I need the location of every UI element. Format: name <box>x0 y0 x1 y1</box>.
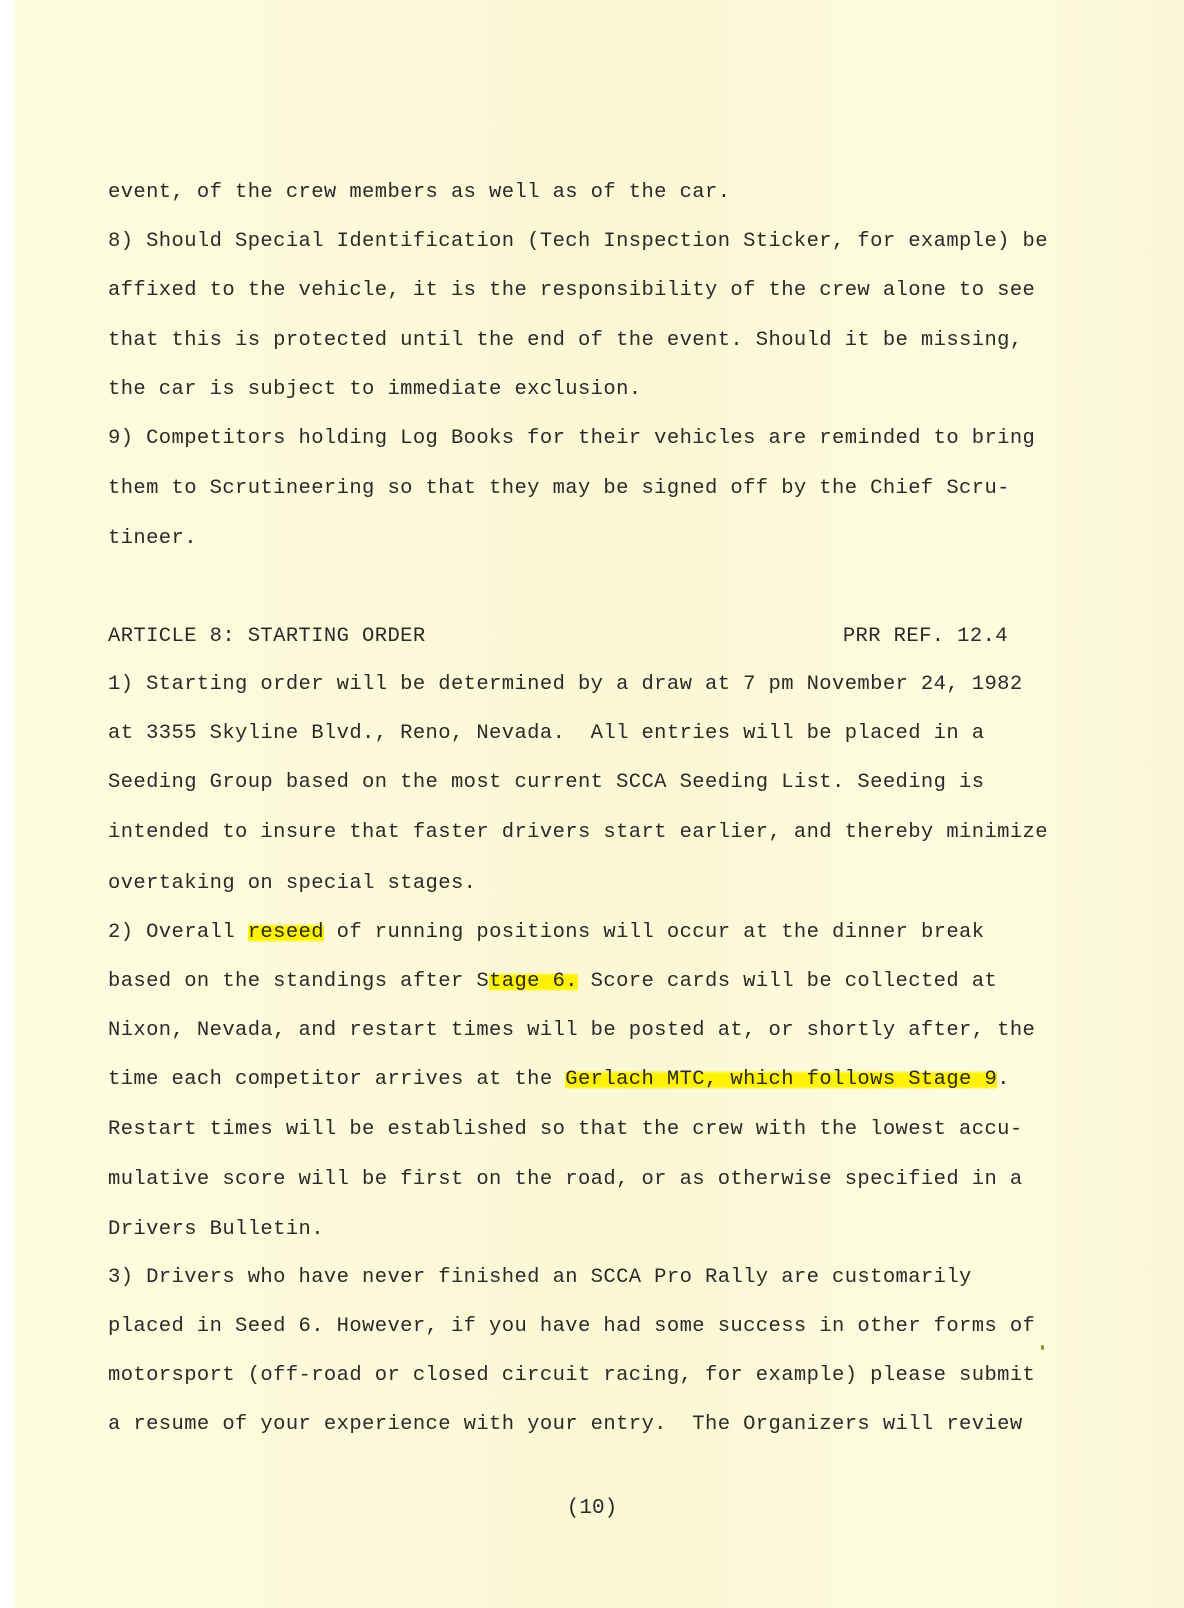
text-line: overtaking on special stages. <box>108 869 476 899</box>
text-line: 9) Competitors holding Log Books for the… <box>108 424 1035 454</box>
text-line: a resume of your experience with your en… <box>108 1410 1023 1440</box>
text-line: affixed to the vehicle, it is the respon… <box>108 276 1035 306</box>
article-heading: ARTICLE 8: STARTING ORDER PRR REF. 12.4 <box>108 622 1008 652</box>
text-line: intended to insure that faster drivers s… <box>108 818 1048 848</box>
text-segment: time each competitor arrives at the <box>108 1068 565 1091</box>
text-line: Nixon, Nevada, and restart times will be… <box>108 1016 1035 1046</box>
highlighted-text: reseed <box>248 921 324 944</box>
text-line: them to Scrutineering so that they may b… <box>108 474 1010 504</box>
text-segment: 2) Overall <box>108 921 248 944</box>
text-line-stage6: based on the standings after Stage 6. Sc… <box>108 967 997 997</box>
text-line: event, of the crew members as well as of… <box>108 178 730 208</box>
text-line: at 3355 Skyline Blvd., Reno, Nevada. All… <box>108 719 984 749</box>
text-segment: based on the standings after S <box>108 970 489 993</box>
text-line: the car is subject to immediate exclusio… <box>108 375 641 405</box>
text-line: motorsport (off-road or closed circuit r… <box>108 1361 1035 1391</box>
highlighted-text: tage 6. <box>489 970 578 993</box>
highlighted-text: Gerlach MTC, which follows Stage 9 <box>565 1068 997 1091</box>
text-segment: . <box>997 1068 1010 1091</box>
text-line: 3) Drivers who have never finished an SC… <box>108 1263 972 1293</box>
text-line-gerlach: time each competitor arrives at the Gerl… <box>108 1065 1010 1095</box>
text-line: that this is protected until the end of … <box>108 326 1023 356</box>
page-number: (10) <box>0 1497 1184 1520</box>
paper-speck <box>1041 1345 1044 1350</box>
text-line: Drivers Bulletin. <box>108 1215 324 1245</box>
text-segment: of running positions will occur at the d… <box>324 921 985 944</box>
text-line: 1) Starting order will be determined by … <box>108 670 1023 700</box>
text-line: tineer. <box>108 524 197 554</box>
article-title: ARTICLE 8: STARTING ORDER <box>108 622 426 652</box>
text-line: 8) Should Special Identification (Tech I… <box>108 227 1048 257</box>
article-reference: PRR REF. 12.4 <box>843 622 1008 652</box>
text-line: Seeding Group based on the most current … <box>108 768 984 798</box>
text-line: placed in Seed 6. However, if you have h… <box>108 1312 1035 1342</box>
text-line-reseed: 2) Overall reseed of running positions w… <box>108 918 984 948</box>
text-line: Restart times will be established so tha… <box>108 1115 1023 1145</box>
text-line: mulative score will be first on the road… <box>108 1165 1023 1195</box>
text-segment: Score cards will be collected at <box>578 970 997 993</box>
